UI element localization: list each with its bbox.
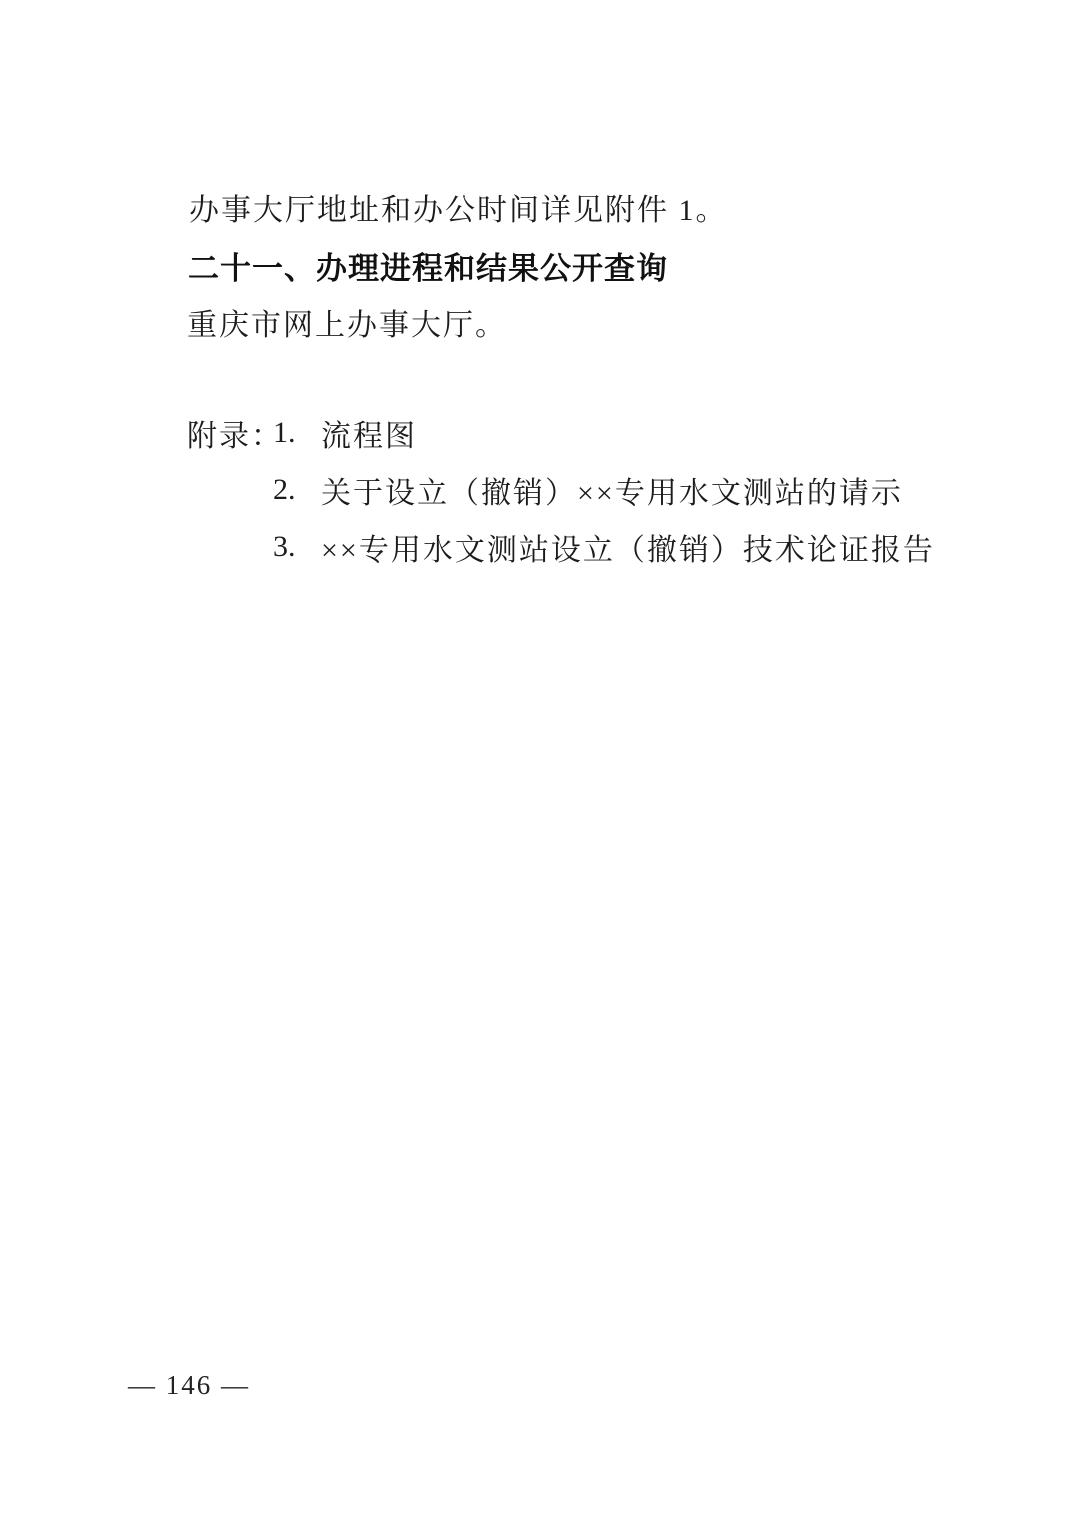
appendix-item-2-number: 2. (273, 473, 295, 507)
appendix-item-2-text: 关于设立（撤销）××专用水文测站的请示 (321, 468, 903, 512)
appendix-item-1-text: 流程图 (321, 411, 417, 455)
appendix-item-2: 2. 关于设立（撤销）××专用水文测站的请示 (187, 461, 935, 518)
page-number: — 146 — (128, 1370, 250, 1401)
section-heading-21: 二十一、办理进程和结果公开查询 (188, 250, 668, 288)
appendix-list: 附录： 1. 流程图 2. 关于设立（撤销）××专用水文测站的请示 3. ××专… (187, 404, 935, 575)
appendix-item-1: 附录： 1. 流程图 (187, 404, 935, 461)
appendix-item-3-number: 3. (273, 530, 295, 564)
appendix-item-3-text: ××专用水文测站设立（撤销）技术论证报告 (321, 525, 935, 569)
appendix-label: 附录： (187, 411, 273, 455)
paragraph-office-address: 办事大厅地址和办公时间详见附件 1。 (189, 193, 728, 229)
paragraph-online-hall: 重庆市网上办事大厅。 (187, 308, 507, 344)
appendix-item-1-number: 1. (273, 416, 295, 450)
appendix-item-3: 3. ××专用水文测站设立（撤销）技术论证报告 (187, 518, 935, 575)
document-page: 办事大厅地址和办公时间详见附件 1。 二十一、办理进程和结果公开查询 重庆市网上… (0, 0, 1074, 1520)
